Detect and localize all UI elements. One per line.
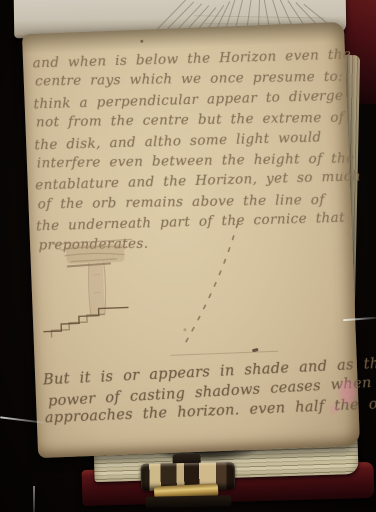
- pencil-sketch-cornice-and-steps: [36, 232, 160, 352]
- brass-clasp: [141, 453, 236, 509]
- photograph-of-open-sketchbook: and when is below the Horizon even the c…: [0, 0, 376, 512]
- support-thread-bottom-left: [33, 486, 35, 512]
- handwriting-block-bottom: But it is or appears in shade and as the…: [43, 356, 363, 430]
- notebook-page: and when is below the Horizon even the c…: [22, 22, 360, 458]
- dotted-pencil-line: [149, 213, 264, 362]
- clasp-base: [145, 495, 231, 507]
